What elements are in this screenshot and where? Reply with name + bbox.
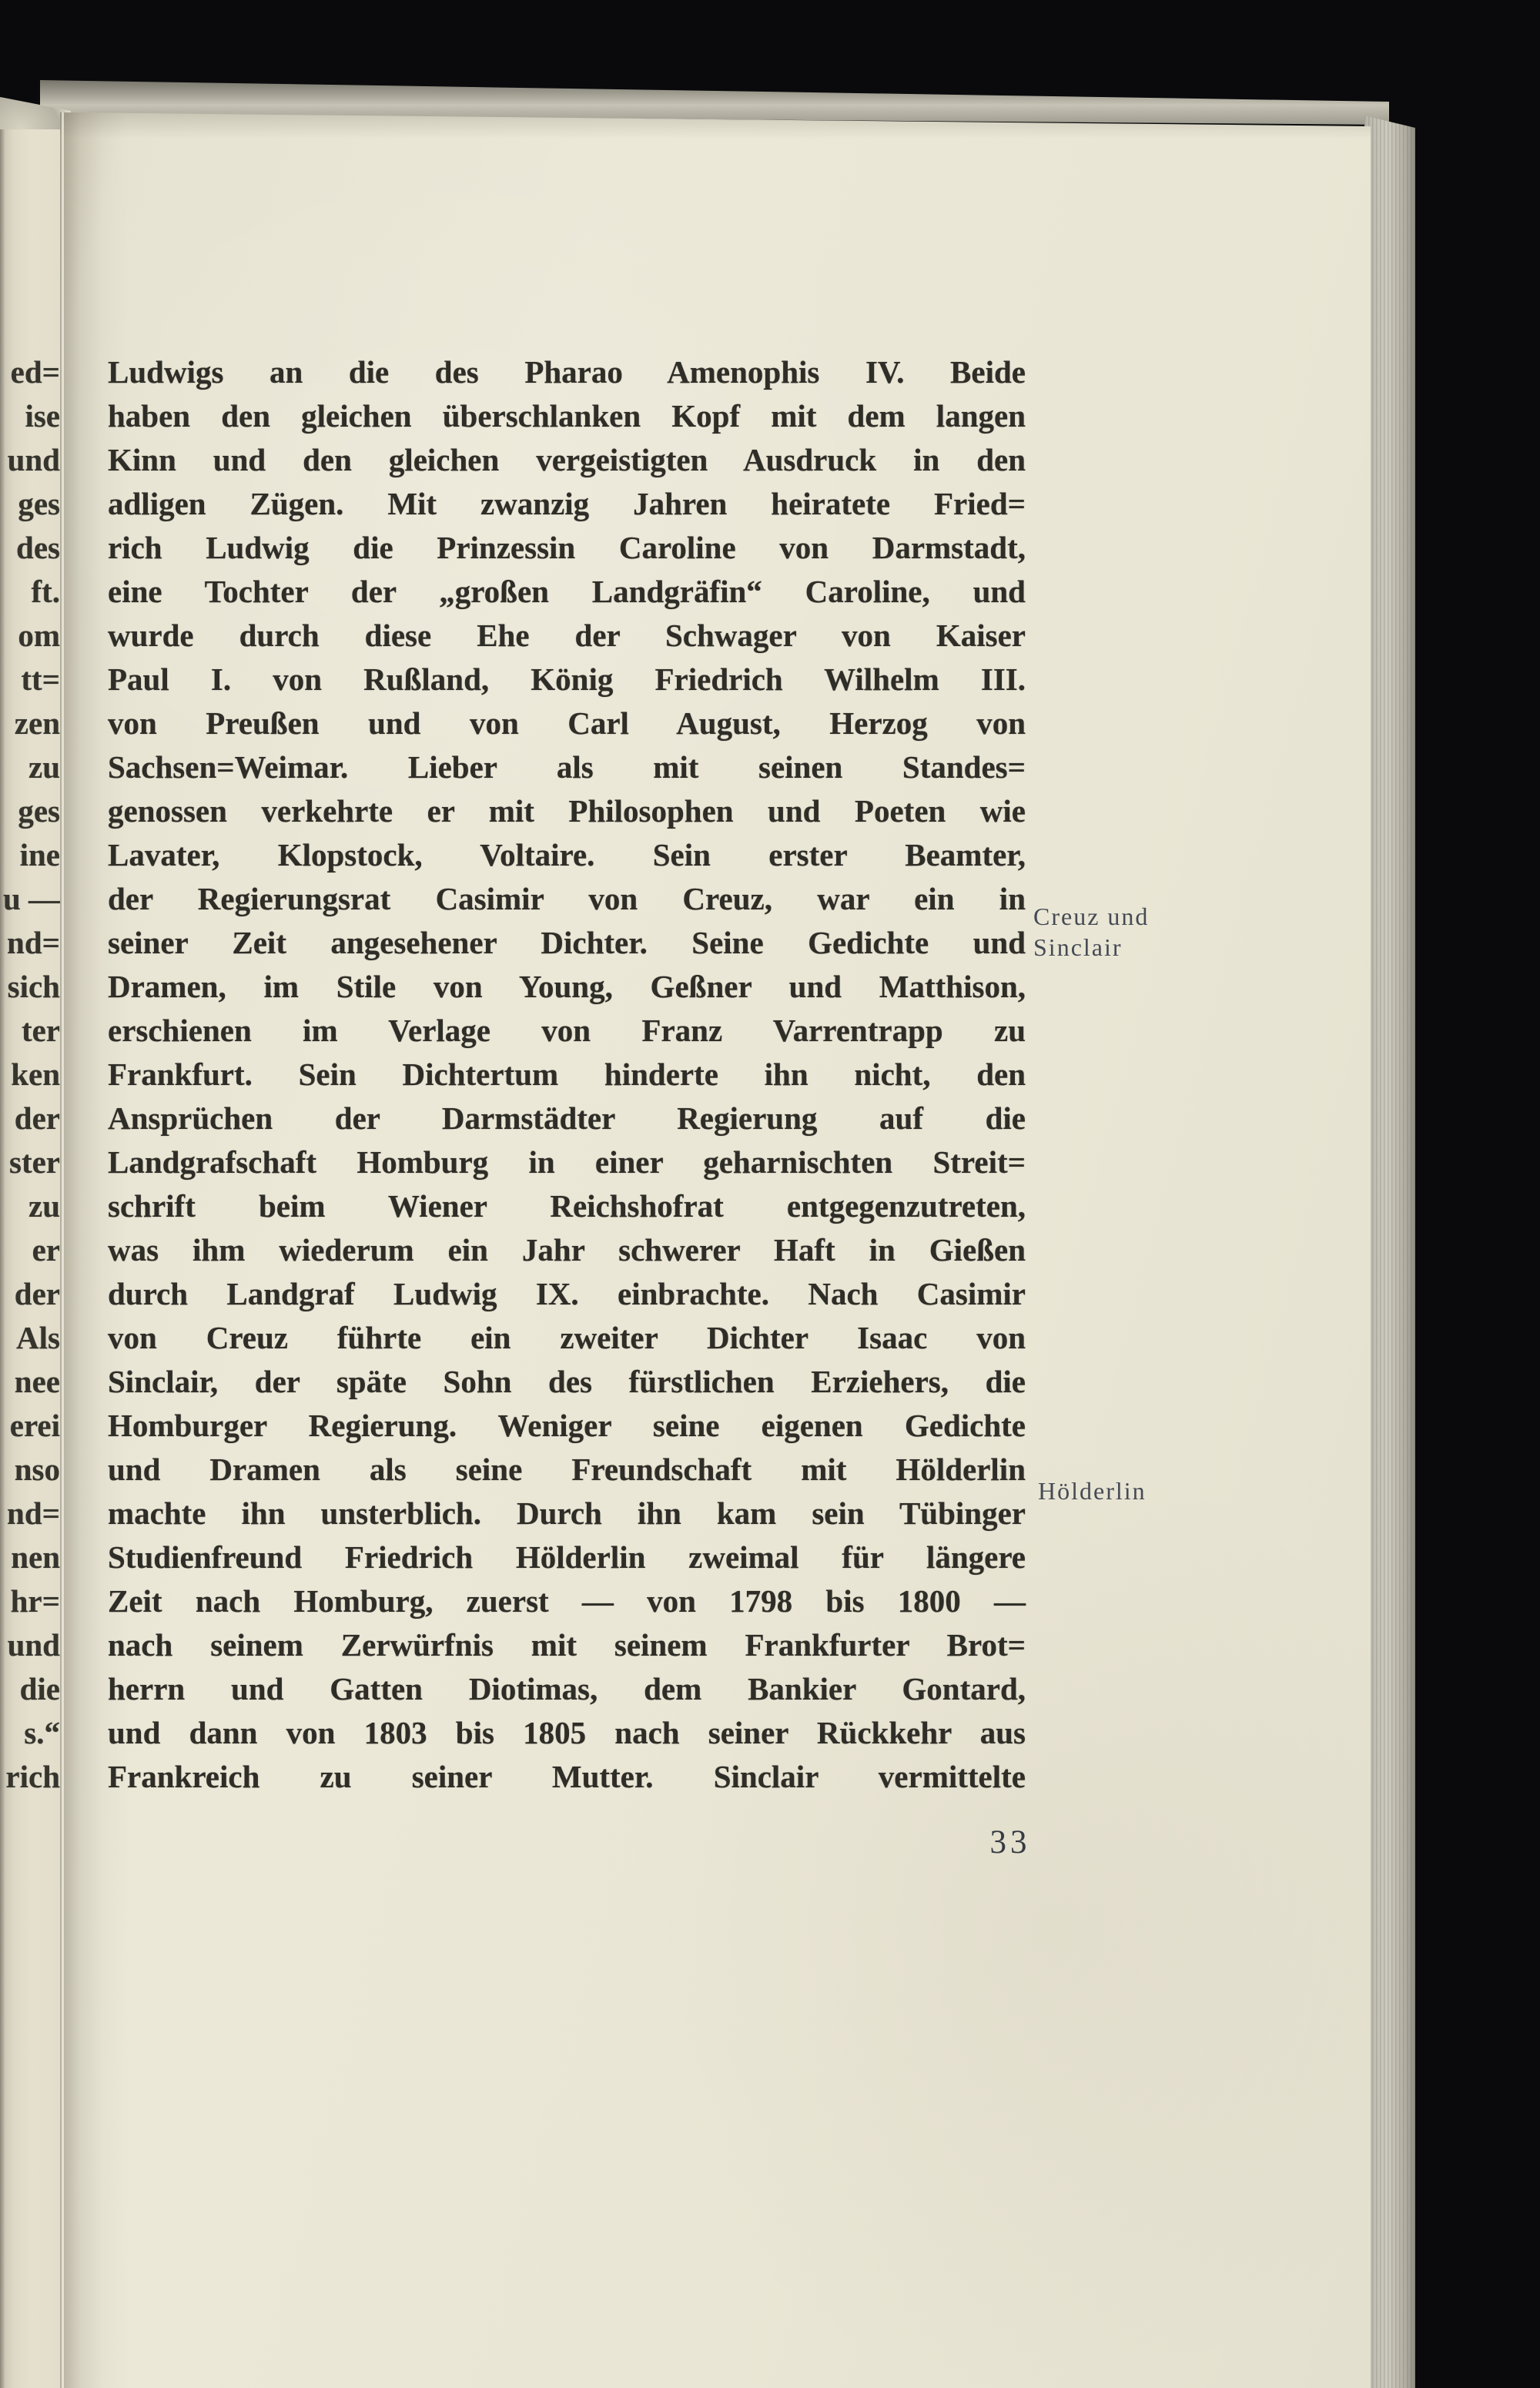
body-text-line: Sachsen=Weimar. Lieber als mit seinen St… [108,745,1026,789]
body-text-line: der Regierungsrat Casimir von Creuz, war… [108,877,1026,921]
left-page-fragment-line: sich [0,965,63,1009]
left-page-fragment-line: zu [0,745,63,789]
body-text-line: Lavater, Klopstock, Voltaire. Sein erste… [108,833,1026,877]
left-page-fragment-line: nd= [0,1492,63,1536]
margin-note-line: Hölderlin [1038,1475,1147,1506]
left-page-fragment-line: ise [0,394,63,438]
body-text-line: seiner Zeit angesehener Dichter. Seine G… [108,921,1026,965]
left-page-fragment-line: ges [0,789,63,833]
left-page-fragment-line: und [0,1623,63,1667]
body-text-line: Frankreich zu seiner Mutter. Sinclair ve… [108,1755,1026,1799]
left-page-fragment-line: des [0,526,63,570]
left-page-fragment-line: Als [0,1316,63,1360]
body-text-line: was ihm wiederum ein Jahr schwerer Haft … [108,1228,1026,1272]
body-text-line: Zeit nach Homburg, zuerst — von 1798 bis… [108,1579,1026,1623]
body-text-line: durch Landgraf Ludwig IX. einbrachte. Na… [108,1272,1026,1316]
left-page-fragment-line: der [0,1272,63,1316]
body-text-line: und Dramen als seine Freundschaft mit Hö… [108,1448,1026,1492]
gutter-fold-highlight [62,77,64,2388]
left-page-fragment-line: ter [0,1009,63,1053]
left-page-fragment-line: rich [0,1755,63,1799]
left-page-fragment-line: om [0,614,63,658]
left-page-fragment-line: und [0,438,63,482]
body-text-line: Kinn und den gleichen vergeistigten Ausd… [108,438,1026,482]
left-page-fragment-line: hr= [0,1579,63,1623]
body-text-line: von Preußen und von Carl August, Herzog … [108,702,1026,745]
left-page-fragment-line: zu [0,1184,63,1228]
left-page-fragment-line: nen [0,1536,63,1579]
left-page-fragment-line: tt= [0,658,63,702]
body-text-line: Ludwigs an die des Pharao Amenophis IV. … [108,350,1026,394]
page-number: 33 [964,1824,1056,1861]
book-fore-edge [1364,100,1415,2388]
body-text-line: und dann von 1803 bis 1805 nach seiner R… [108,1711,1026,1755]
left-page-fragment-line: ft. [0,570,63,614]
margin-note-line: Creuz und [1033,901,1149,932]
left-page-fragment-line: ed= [0,350,63,394]
margin-note-hoelderlin: Hölderlin [1038,1475,1147,1506]
body-text-line: Paul I. von Rußland, König Friedrich Wil… [108,658,1026,702]
left-page-fragment-line: die [0,1667,63,1711]
body-text-line: von Creuz führte ein zweiter Dichter Isa… [108,1316,1026,1360]
body-text-line: Landgrafschaft Homburg in einer geharnis… [108,1140,1026,1184]
body-text-line: Sinclair, der späte Sohn des fürstlichen… [108,1360,1026,1404]
body-text-line: rich Ludwig die Prinzessin Caroline von … [108,526,1026,570]
left-page-fragment-line: ine [0,833,63,877]
left-page-fragment-line: nso [0,1448,63,1492]
left-page-fragment-line: er [0,1228,63,1272]
left-page-fragment-line: ster [0,1140,63,1184]
body-text-line: Studienfreund Friedrich Hölderlin zweima… [108,1536,1026,1579]
body-text-line: Frankfurt. Sein Dichtertum hinderte ihn … [108,1053,1026,1097]
body-text-line: Dramen, im Stile von Young, Geßner und M… [108,965,1026,1009]
left-page-fragment-line: ges [0,482,63,526]
body-text-line: haben den gleichen überschlanken Kopf mi… [108,394,1026,438]
body-text-line: Homburger Regierung. Weniger seine eigen… [108,1404,1026,1448]
book-scan: ed=iseundgesdesft.omtt=zenzugesineu —nd=… [0,0,1540,2388]
body-text-line: erschienen im Verlage von Franz Varrentr… [108,1009,1026,1053]
left-page-fragment-line: u — [0,877,63,921]
body-text-line: genossen verkehrte er mit Philosophen un… [108,789,1026,833]
left-page-fragment-line: s.“ [0,1711,63,1755]
body-text-line: wurde durch diese Ehe der Schwager von K… [108,614,1026,658]
body-text-line: machte ihn unsterblich. Durch ihn kam se… [108,1492,1026,1536]
left-page-fragment-line: nee [0,1360,63,1404]
previous-page-fragments: ed=iseundgesdesft.omtt=zenzugesineu —nd=… [0,350,63,1799]
body-text-line: schrift beim Wiener Reichshofrat entgege… [108,1184,1026,1228]
left-page-fragment-line: zen [0,702,63,745]
left-page-fragment-line: ken [0,1053,63,1097]
body-text-line: Ansprüchen der Darmstädter Regierung auf… [108,1097,1026,1140]
body-text: Ludwigs an die des Pharao Amenophis IV. … [108,350,1026,1799]
left-page-fragment-line: nd= [0,921,63,965]
body-text-line: nach seinem Zerwürfnis mit seinem Frankf… [108,1623,1026,1667]
margin-note-line: Sinclair [1033,932,1149,963]
margin-note-creuz-sinclair: Creuz und Sinclair [1033,901,1149,963]
left-page-fragment-line: erei [0,1404,63,1448]
body-text-line: adligen Zügen. Mit zwanzig Jahren heirat… [108,482,1026,526]
body-text-line: eine Tochter der „großen Landgräfin“ Car… [108,570,1026,614]
left-page-fragment-line: der [0,1097,63,1140]
body-text-line: herrn und Gatten Diotimas, dem Bankier G… [108,1667,1026,1711]
